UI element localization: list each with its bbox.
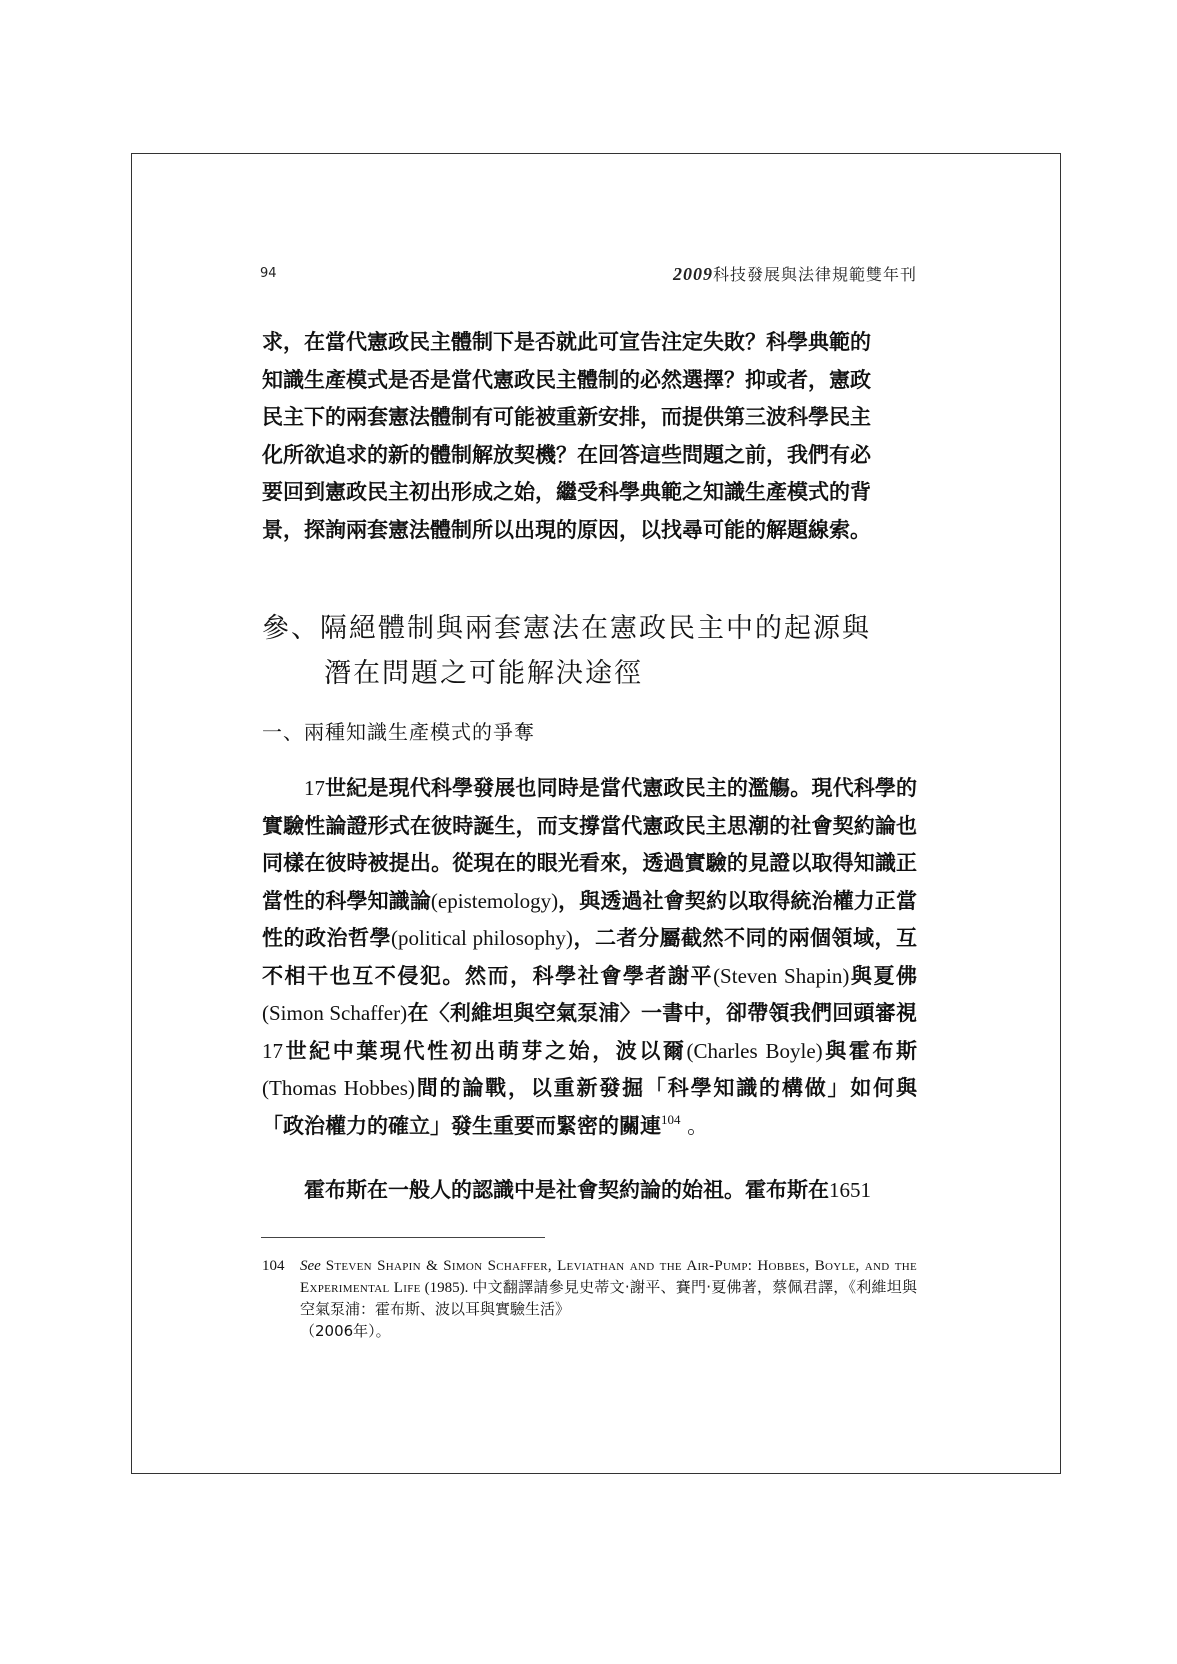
text-line: 知識生產模式是否是當代憲政民主體制的必然選擇？抑或者，憲政 xyxy=(262,362,917,400)
paragraph-1: 17世紀是現代科學發展也同時是當代憲政民主的濫觴。現代科學的實驗性論證形式在彼時… xyxy=(262,770,917,1145)
text-line: 景，探詢兩套憲法體制所以出現的原因，以找尋可能的解題線索。 xyxy=(262,512,917,550)
paragraph-2: 霍布斯在一般人的認識中是社會契約論的始祖。霍布斯在1651 xyxy=(262,1172,917,1210)
footnote-reference[interactable]: 104 xyxy=(661,1112,681,1127)
running-title-text: 科技發展與法律規範雙年刊 xyxy=(713,265,917,284)
text-line: 民主下的兩套憲法體制有可能被重新安排，而提供第三波科學民主 xyxy=(262,399,917,437)
running-title: 2009科技發展與法律規範雙年刊 xyxy=(673,262,917,285)
section-heading-line1: 參、隔絕體制與兩套憲法在憲政民主中的起源與 xyxy=(262,613,871,644)
page-number: 94 xyxy=(260,266,277,281)
subsection-heading: 一、兩種知識生產模式的爭奪 xyxy=(262,716,535,745)
text-line: 化所欲追求的新的體制解放契機？在回答這些問題之前，我們有必 xyxy=(262,437,917,475)
section-heading-line2: 潛在問題之可能解決途徑 xyxy=(262,651,922,696)
footnote-separator xyxy=(261,1237,545,1238)
running-title-year: 2009 xyxy=(673,264,713,284)
text-line: 要回到憲政民主初出形成之始，繼受科學典範之知識生產模式的背 xyxy=(262,474,917,512)
text-line: 求，在當代憲政民主體制下是否就此可宣告注定失敗？科學典範的 xyxy=(262,324,917,362)
section-heading: 參、隔絕體制與兩套憲法在憲政民主中的起源與 潛在問題之可能解決途徑 xyxy=(262,606,922,696)
footnote-number: 104 xyxy=(262,1256,285,1277)
continued-paragraph: 求，在當代憲政民主體制下是否就此可宣告注定失敗？科學典範的 知識生產模式是否是當… xyxy=(262,324,917,549)
footnote-104: 104 See Steven Shapin & Simon Schaffer, … xyxy=(262,1256,917,1343)
